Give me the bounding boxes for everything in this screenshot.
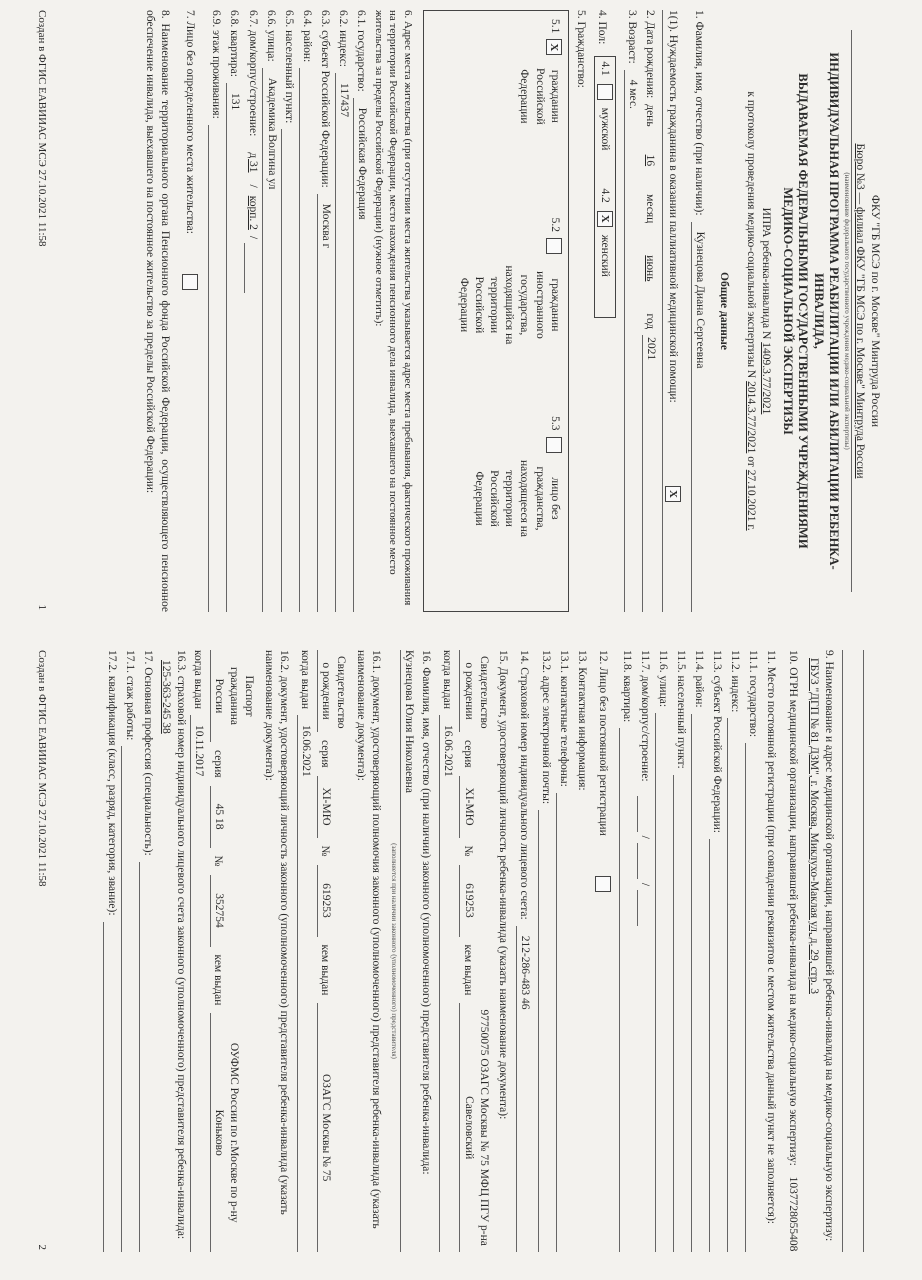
option-label: гражданин иностранного государства, нахо… (432, 260, 562, 350)
child-doc-series[interactable]: XI-МЮ (459, 776, 475, 838)
day-label: день (642, 104, 657, 126)
field-label: 6.8. квартира: (226, 10, 241, 77)
field-7-homeless: 7. Лицо без определенного места жительст… (182, 10, 198, 612)
field-6-3: 6.3. субъект Российской Федерации: Москв… (317, 10, 333, 612)
representative-name-value[interactable]: Кузнецова Юлия Николаевна (400, 650, 416, 1252)
reg-locality-value[interactable] (673, 775, 688, 1252)
option-num: 4.2 (597, 188, 612, 202)
field-1-full-name: 1. Фамилия, имя, отчество (при наличии):… (691, 10, 707, 612)
authority-doc-issuer[interactable]: ОЗАГС Москвы № 75 (317, 1003, 333, 1252)
rep-doc-date[interactable]: 10.11.2017 (190, 715, 206, 1252)
field-label: 12. Лицо без постоянной регистрации (595, 650, 610, 836)
field-6-1: 6.1. государство: Российская Федерация (353, 10, 369, 612)
field-label: 3. Возраст: (624, 10, 639, 64)
no-label: № (317, 846, 332, 857)
field-label: 11.7. дом/корпус/строение: (637, 650, 652, 782)
full-name-value[interactable]: Кузнецова Диана Сергеевна (691, 222, 707, 612)
field-16-1-doc: Свидетельство о рождении серия XI-МЮ № 6… (317, 650, 348, 1252)
field-label: 11.8. квартира: (619, 650, 634, 722)
authority-doc-number[interactable]: 619253 (317, 865, 333, 937)
field-11-7: 11.7. дом/корпус/строение: / / (637, 650, 653, 1252)
footer: Создан в ФГИС ЕАВИИАС МСЭ 27.10.2021 11:… (34, 650, 49, 887)
field-10: 10. ОГРН медицинской организации, направ… (784, 650, 799, 1252)
org-branch: Бюро №3 — филиал ФКУ "ГБ МСЭ по г. Москв… (852, 10, 867, 612)
field-label: 17.1. стаж работы: (121, 650, 136, 740)
page-1: ФКУ "ГБ МСЭ по г. Москве" Минтруда Росси… (0, 0, 922, 640)
field-label: 1(1). Нуждаемость гражданина в оказании … (665, 10, 680, 403)
doc-title-1: ИНДИВИДУАЛЬНАЯ ПРОГРАММА РЕАБИЛИТАЦИИ ИЛ… (826, 10, 842, 612)
field-17-1: 17.1. стаж работы: (121, 650, 137, 1252)
street-value[interactable]: Академика Волгина ул (262, 68, 278, 612)
ogrn-value[interactable]: 1037728055408 (787, 1177, 799, 1252)
citizenship-option-5-3: 5.3 лицо без гражданства, находящееся на… (432, 416, 562, 603)
field-17-2: 17.2. квалификация (класс, разряд, катег… (103, 650, 119, 1252)
field-15-doc: Свидетельство о рождении серия XI-МЮ № 6… (459, 650, 490, 1252)
rep-doc-number[interactable]: 352754 (210, 875, 226, 947)
rep-doc-series[interactable]: 45 18 (210, 786, 226, 848)
page-1-slot: ФКУ "ГБ МСЭ по г. Москве" Минтруда Росси… (0, 0, 922, 640)
field-11-8: 11.8. квартира: (619, 650, 635, 1252)
issuer-label: кем выдан (459, 945, 474, 996)
org-caption: (наименование федерального государственн… (841, 10, 850, 612)
experience-value[interactable] (121, 746, 136, 1252)
option-label: женский (597, 235, 612, 277)
field-label: 1. Фамилия, имя, отчество (при наличии): (691, 10, 706, 216)
field-label: 2. Дата рождения: (642, 10, 657, 98)
series-label: серия (210, 750, 225, 778)
field-14: 14. Страховой номер индивидуального лице… (516, 650, 532, 1252)
field-15-label: 15. Документ, удостоверяющий личность ре… (495, 650, 510, 1252)
protocol-number: 2014.3.77/2021 (745, 381, 757, 453)
reg-state-value[interactable] (745, 743, 760, 1252)
field-11-4: 11.4. район: (691, 650, 707, 1252)
field-16-2-label: 16.2. документ, удостоверяющий личность … (261, 650, 291, 1252)
subject-value[interactable]: Москва г (317, 194, 333, 612)
field-6-5: 6.5. населенный пункт: (281, 10, 297, 612)
locality-value[interactable] (281, 129, 296, 612)
field-6-6: 6.6. улица: Академика Волгина ул (262, 10, 278, 612)
option-num: 5.1 (432, 19, 562, 33)
citizenship-stateless-checkbox[interactable] (546, 437, 562, 453)
field-label: 11.4. район: (691, 650, 706, 708)
field-6-2: 6.2. индекс: 117437 (335, 10, 351, 612)
field-6-8: 6.8. квартира: 131 (226, 10, 242, 612)
option-label: мужской (597, 108, 612, 151)
field-11-label: 11. Место постоянной регистрации (при со… (763, 650, 778, 1252)
reg-subject-value[interactable] (709, 839, 724, 1252)
field-3-age: 3. Возраст: 4 мес. (624, 10, 640, 612)
field-label: 13.1. контактные телефоны: (556, 650, 571, 787)
building-value[interactable]: корп. 2 (244, 194, 259, 232)
child-doc-name[interactable]: Свидетельство о рождении (459, 650, 490, 732)
field-12: 12. Лицо без постоянной регистрации (595, 650, 611, 1252)
child-doc-issuer[interactable]: 97750075 ОЗАГС Москвы № 75 МФЦ ПГУ р-на … (459, 1003, 490, 1252)
field-16-value-line: Кузнецова Юлия Николаевна (400, 650, 416, 1252)
field-label: 13.2. адрес электронной почты: (538, 650, 553, 804)
floor-value[interactable] (208, 125, 223, 612)
doc-title-4: МЕДИКО-СОЦИАЛЬНОЙ ЭКСПЕРТИЗЫ (779, 10, 795, 612)
option-num: 5.2 (432, 218, 562, 232)
field-label: 10. ОГРН медицинской организации, направ… (787, 650, 799, 1166)
reg-structure-value[interactable] (637, 890, 651, 926)
field-11-3: 11.3. субъект Российской Федерации: (709, 650, 725, 1252)
sex-options: 4.1 мужской 4.2 X женский (594, 56, 616, 317)
field-label: 7. Лицо без определенного места жительст… (182, 10, 197, 234)
field-label: 17. Основная профессия (специальность): (139, 650, 154, 856)
citizenship-rf-checkbox[interactable]: X (546, 39, 562, 55)
page-2-slot: 9. Наименование и адрес медицинской орга… (0, 640, 922, 1280)
protocol-line: к протоколу проведения медико-социальной… (743, 10, 758, 612)
footer: Создан в ФГИС ЕАВИИАС МСЭ 27.10.2021 11:… (34, 10, 49, 247)
field-6-7: 6.7. дом/корпус/строение: д 31 / корп. 2… (244, 10, 260, 612)
citizenship-option-5-1: 5.1 X гражданин Российской Федерации (432, 19, 562, 206)
citizenship-foreign-checkbox[interactable] (546, 238, 562, 254)
field-6-label: 6. Адрес места жительства (при отсутстви… (371, 10, 415, 612)
field-13-1: 13.1. контактные телефоны: (556, 650, 572, 1252)
field-label: 11.6. улица: (655, 650, 670, 707)
field-label: 17.2. квалификация (класс, разряд, катег… (103, 650, 118, 916)
ipra-number: 1409.3.77/2021 (760, 342, 772, 414)
page-2: 9. Наименование и адрес медицинской орга… (0, 640, 922, 1280)
option-label: гражданин Российской Федерации (432, 61, 562, 131)
date-label: когда выдан (297, 650, 312, 709)
field-label: 6.9. этаж проживания: (208, 10, 223, 119)
option-num: 5.3 (432, 416, 562, 430)
house-value[interactable]: д 31 (244, 146, 259, 178)
field-9: 9. Наименование и адрес медицинской орга… (806, 650, 836, 1252)
field-label: 11.1. государство: (745, 650, 760, 737)
month-label: месяц (642, 194, 657, 223)
field-label: 6.3. субъект Российской Федерации: (317, 10, 332, 188)
ipra-line: ИПРА ребенка-инвалида N 1409.3.77/2021 (758, 10, 773, 612)
series-label: серия (317, 740, 332, 768)
field-11-1: 11.1. государство: (745, 650, 761, 1252)
doc-title-3: ВЫДАВАЕМАЯ ФЕДЕРАЛЬНЫМИ ГОСУДАРСТВЕННЫМИ… (795, 10, 811, 612)
org-name: ФКУ "ГБ МСЭ по г. Москве" Минтруда Росси… (867, 10, 882, 612)
med-org-value[interactable]: ГБУЗ "ДГП № 81 ДЗМ", г. Москва, Миклухо-… (808, 658, 820, 994)
field-15-date: когда выдан 16.06.2021 (439, 650, 455, 1252)
qualification-value[interactable] (103, 922, 118, 1252)
field-8-pension-fund: 8. Наименование территориального органа … (142, 10, 172, 612)
reg-street-value[interactable] (655, 713, 670, 1252)
protocol-label: к протоколу проведения медико-социальной… (745, 91, 757, 378)
page-number: 1 (34, 605, 49, 611)
phones-value[interactable] (556, 793, 571, 1252)
field-label: 11.2. индекс: (727, 650, 742, 712)
field-2-birth-date: 2. Дата рождения: день 16 месяц июнь год… (642, 10, 658, 612)
sex-female-checkbox[interactable]: X (597, 211, 613, 227)
series-label: серия (459, 740, 474, 768)
birth-year-value[interactable]: 2021 (642, 335, 658, 612)
citizenship-option-5-2: 5.2 гражданин иностранного государства, … (432, 218, 562, 405)
field-16-1-label: 16.1. документ, удостоверяющий полномочи… (352, 650, 382, 1252)
field-label: 4. Пол: (594, 10, 609, 44)
palliative-checkbox[interactable]: X (665, 486, 681, 502)
option-label: лицо без гражданства, находящееся на тер… (432, 459, 562, 539)
no-label: № (459, 846, 474, 857)
child-doc-number[interactable]: 619253 (459, 865, 475, 937)
doc-title-2: ИНВАЛИДА, (810, 10, 826, 612)
field-16-note: (заполняется при наличии законного (упол… (389, 650, 398, 1252)
rep-snils-value[interactable]: 125-363-245 38 (160, 660, 172, 734)
page-number: 2 (34, 1245, 49, 1251)
reg-index-value[interactable] (727, 718, 742, 1252)
snils-value[interactable]: 212-286-483 46 (516, 926, 532, 1252)
child-doc-date[interactable]: 16.06.2021 (439, 715, 455, 1252)
field-label: 11.5. населенный пункт: (673, 650, 688, 769)
field-4-sex: 4. Пол: 4.1 мужской 4.2 X женский (594, 10, 616, 612)
date-label: когда выдан (190, 650, 205, 709)
reg-building-value[interactable] (637, 843, 651, 879)
field-5-label: 5. Гражданство: (573, 10, 588, 612)
authority-doc-name[interactable]: Свидетельство о рождении (317, 650, 348, 732)
field-13-2: 13.2. адрес электронной почты: (538, 650, 554, 1252)
age-value[interactable]: 4 мес. (624, 70, 640, 612)
field-label: 6.6. улица: (262, 10, 277, 62)
field-16-label: 16. Фамилия, имя, отчество (при наличии)… (418, 650, 433, 1252)
section-general: Общие данные (715, 10, 730, 612)
birth-month-value[interactable]: июнь (642, 237, 657, 299)
structure-value[interactable] (244, 243, 258, 293)
reg-apartment-value[interactable] (619, 728, 634, 1252)
apartment-value[interactable]: 131 (226, 83, 242, 612)
field-11-2: 11.2. индекс: (727, 650, 743, 1252)
issuer-label: кем выдан (317, 945, 332, 996)
option-num: 4.1 (597, 61, 612, 75)
field-13: 13. Контактная информация: (574, 650, 589, 1252)
protocol-date: 27.10.2021 г. (745, 470, 757, 531)
top-blank-line (863, 650, 878, 1252)
authority-doc-series[interactable]: XI-МЮ (317, 776, 333, 838)
reg-district-value[interactable] (691, 714, 706, 1252)
birth-day-value[interactable]: 16 (642, 141, 657, 181)
no-label: № (210, 856, 225, 867)
field-16-2-date: когда выдан 10.11.2017 (190, 650, 206, 1252)
no-registration-checkbox[interactable] (595, 876, 611, 892)
field-16-2-doc: Паспорт гражданина России серия 45 18 № … (210, 650, 257, 1252)
field-11-6: 11.6. улица: (655, 650, 671, 1252)
homeless-checkbox[interactable] (182, 274, 198, 290)
protocol-from: от (745, 456, 757, 467)
reg-house-value[interactable] (637, 796, 651, 832)
field-label: 6.1. государство: (353, 10, 368, 92)
email-value[interactable] (538, 810, 553, 1252)
date-label: когда выдан (439, 650, 454, 709)
field-label: 9. Наименование и адрес медицинской орга… (823, 650, 835, 1241)
state-value[interactable]: Российская Федерация (353, 98, 369, 612)
field-label: 6.5. населенный пункт: (281, 10, 296, 123)
index-value[interactable]: 117437 (335, 73, 351, 612)
issuer-label: кем выдан (210, 955, 225, 1006)
field-17: 17. Основная профессия (специальность): (139, 650, 155, 1252)
field-label: 6.4. район: (299, 10, 314, 62)
district-value[interactable] (299, 68, 314, 612)
rep-doc-issuer[interactable]: ОУФМС России по г.Москве по р-ну Коньков… (210, 1013, 241, 1252)
field-11-5: 11.5. населенный пункт: (673, 650, 689, 1252)
field-label: 6.2. индекс: (335, 10, 350, 67)
citizenship-options: 5.1 X гражданин Российской Федерации 5.2… (423, 10, 569, 612)
profession-value[interactable] (139, 862, 154, 1252)
sex-male-checkbox[interactable] (597, 84, 613, 100)
top-blank-line (842, 650, 857, 1252)
authority-doc-date[interactable]: 16.06.2021 (297, 715, 313, 1252)
field-label: 11.3. субъект Российской Федерации: (709, 650, 724, 833)
field-16-1-date: когда выдан 16.06.2021 (297, 650, 313, 1252)
field-label: 6.7. дом/корпус/строение: (244, 10, 259, 136)
field-6-4: 6.4. район: (299, 10, 315, 612)
field-6-9: 6.9. этаж проживания: (208, 10, 224, 612)
year-label: год (642, 313, 657, 329)
rep-doc-name[interactable]: Паспорт гражданина России (210, 650, 257, 742)
field-label: 16.3. страховой номер индивидуального ли… (175, 650, 187, 1239)
ipra-label: ИПРА ребенка-инвалида N (760, 208, 772, 340)
field-16-3: 16.3. страховой номер индивидуального ли… (157, 650, 187, 1252)
field-label: 14. Страховой номер индивидуального лице… (516, 650, 531, 920)
field-1-1-palliative: 1(1). Нуждаемость гражданина в оказании … (665, 10, 681, 612)
